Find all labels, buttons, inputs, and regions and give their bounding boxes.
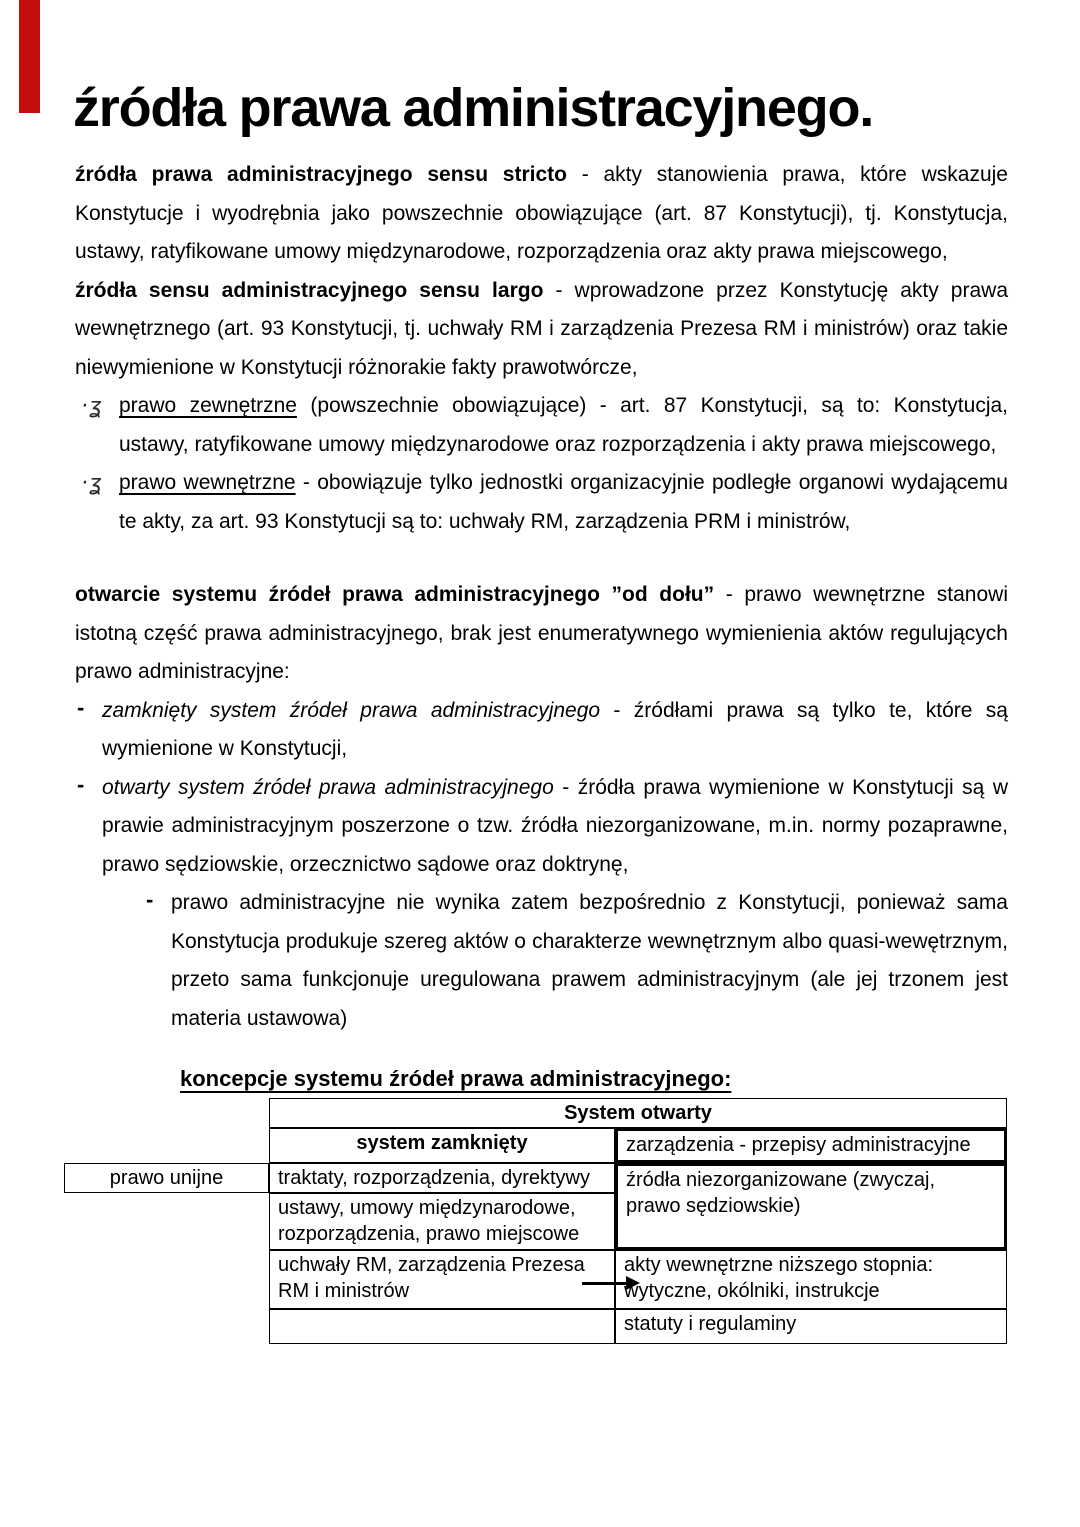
squiggle-bullet-icon: ·ʓ	[81, 465, 103, 504]
list-item-text: prawo wewnętrzne - obowiązuje tylko jedn…	[119, 471, 1008, 533]
table-cell-uchwaly-rm: uchwały RM, zarządzenia Prezesa RM i min…	[269, 1250, 615, 1309]
dash-bullet-list: - zamknięty system źródeł prawa administ…	[75, 692, 1008, 885]
arrow-right-icon	[582, 1282, 628, 1285]
dash-bullet-icon: -	[77, 689, 84, 728]
table-cell-zrodla-niezorganizowane: źródła niezorganizowane (zwyczaj, prawo …	[615, 1163, 1007, 1250]
list-item-text: prawo zewnętrzne (powszechnie obowiązują…	[119, 394, 1008, 456]
table-cell-ustawy: ustawy, umowy międzynarodowe, rozporządz…	[269, 1193, 615, 1250]
table-header-system-otwarty: System otwarty	[269, 1098, 1007, 1128]
list-item-prawo-zewnetrzne: ·ʓ prawo zewnętrzne (powszechnie obowiąz…	[75, 387, 1008, 464]
list-item-prawo-wewnetrzne: ·ʓ prawo wewnętrzne - obowiązuje tylko j…	[75, 464, 1008, 541]
list-item-text: zamknięty system źródeł prawa administra…	[102, 699, 1008, 761]
document-page: { "title": "źródła prawa administracyjne…	[0, 0, 1080, 1527]
page-title: źródła prawa administracyjnego.	[73, 76, 1008, 140]
document-content: źródła prawa administracyjnego. źródła p…	[75, 0, 1008, 1344]
table-cell-zarzadzenia: zarządzenia - przepisy administracyjne	[615, 1128, 1007, 1163]
table-cell-akty-wewnetrzne: akty wewnętrzne niższego stopnia: wytycz…	[615, 1250, 1007, 1309]
squiggle-bullet-list: ·ʓ prawo zewnętrzne (powszechnie obowiąz…	[75, 387, 1008, 541]
arrow-right-icon-head	[626, 1276, 640, 1290]
paragraph-sensu-largo: źródła sensu administracyjnego sensu lar…	[75, 272, 1008, 388]
table-cell-empty	[269, 1309, 615, 1344]
table-heading: koncepcje systemu źródeł prawa administr…	[180, 1066, 1008, 1092]
concepts-table: System otwarty system zamknięty zarządze…	[64, 1098, 1009, 1344]
list-item-text: otwarty system źródeł prawa administracy…	[102, 776, 1008, 876]
dash-bullet-icon: -	[146, 881, 153, 920]
table-cell-statuty: statuty i regulaminy	[615, 1309, 1007, 1344]
table-header-system-zamkniety: system zamknięty	[269, 1128, 615, 1163]
list-item-zamkniety-system: - zamknięty system źródeł prawa administ…	[75, 692, 1008, 769]
dash-bullet-icon: -	[77, 766, 84, 805]
table-cell-traktaty: traktaty, rozporządzenia, dyrektywy	[269, 1163, 615, 1193]
list-item-otwarty-system: - otwarty system źródeł prawa administra…	[75, 769, 1008, 885]
table-cell-prawo-unijne: prawo unijne	[64, 1163, 269, 1193]
paragraph-otwarcie-systemu: otwarcie systemu źródeł prawa administra…	[75, 576, 1008, 692]
list-item-text: prawo administracyjne nie wynika zatem b…	[171, 891, 1008, 1030]
nested-list-item-prawo-administracyjne: - prawo administracyjne nie wynika zatem…	[146, 884, 1008, 1038]
squiggle-bullet-icon: ·ʓ	[81, 388, 103, 427]
red-mark	[19, 0, 40, 113]
paragraph-sensu-stricto: źródła prawa administracyjnego sensu str…	[75, 156, 1008, 272]
